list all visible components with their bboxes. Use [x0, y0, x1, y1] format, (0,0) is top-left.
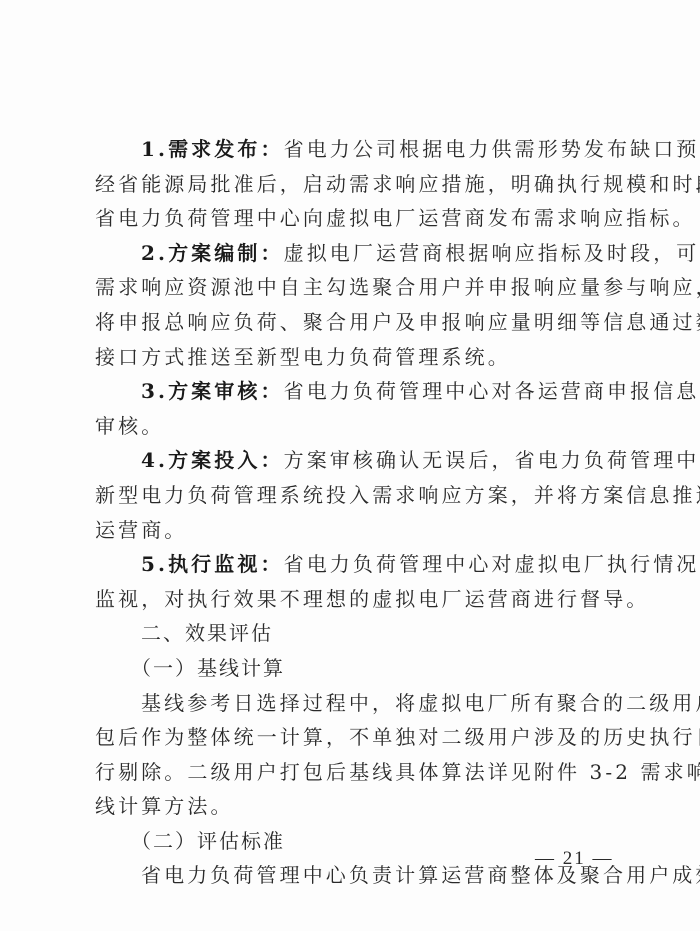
- subsection-2-line-1: 省电力负荷管理中心负责计算运营商整体及聚合用户成效: [95, 858, 607, 893]
- section-heading: 二、效果评估: [95, 616, 607, 651]
- subsection-1-line-4: 线计算方法。: [95, 789, 607, 824]
- subsection-2-title: （二）评估标准: [95, 824, 607, 859]
- subsection-1-line-1: 基线参考日选择过程中，将虚拟电厂所有聚合的二级用户打: [95, 686, 607, 721]
- step-1-line-1: 1.需求发布：省电力公司根据电力供需形势发布缺口预警，: [95, 132, 607, 167]
- step-4-line-1: 4.方案投入：方案审核确认无误后，省电力负荷管理中心在: [95, 443, 607, 478]
- subsection-1-line-3: 行剔除。二级用户打包后基线具体算法详见附件 3-2 需求响应基: [95, 755, 607, 790]
- step-1-line-3: 省电力负荷管理中心向虚拟电厂运营商发布需求响应指标。: [95, 201, 607, 236]
- step-5-line-2: 监视，对执行效果不理想的虚拟电厂运营商进行督导。: [95, 582, 607, 617]
- step-2-line-2: 需求响应资源池中自主勾选聚合用户并申报响应量参与响应，并: [95, 270, 607, 305]
- step-1-line-2: 经省能源局批准后，启动需求响应措施，明确执行规模和时段。: [95, 167, 607, 202]
- step-5-line-1: 5.执行监视：省电力负荷管理中心对虚拟电厂执行情况实时: [95, 547, 607, 582]
- subsection-1-title: （一）基线计算: [95, 651, 607, 686]
- step-4-line-3: 运营商。: [95, 513, 607, 548]
- step-1-label: 1.需求发布：: [141, 137, 284, 161]
- step-3-label: 3.方案审核：: [141, 379, 284, 403]
- step-5-label: 5.执行监视：: [141, 552, 284, 576]
- step-3-line-1: 3.方案审核：省电力负荷管理中心对各运营商申报信息进行: [95, 374, 607, 409]
- document-body: 1.需求发布：省电力公司根据电力供需形势发布缺口预警， 经省能源局批准后，启动需…: [95, 132, 607, 893]
- subsection-1-line-2: 包后作为整体统一计算，不单独对二级用户涉及的历史执行日进: [95, 720, 607, 755]
- page-number: — 21 —: [535, 848, 614, 870]
- step-3-line-2: 审核。: [95, 409, 607, 444]
- step-4-label: 4.方案投入：: [141, 448, 284, 472]
- step-2-line-3: 将申报总响应负荷、聚合用户及申报响应量明细等信息通过数据: [95, 305, 607, 340]
- step-2-label: 2.方案编制：: [141, 241, 284, 265]
- step-2-line-4: 接口方式推送至新型电力负荷管理系统。: [95, 340, 607, 375]
- step-2-line-1: 2.方案编制：虚拟电厂运营商根据响应指标及时段，可在其: [95, 236, 607, 271]
- step-4-line-2: 新型电力负荷管理系统投入需求响应方案，并将方案信息推送至: [95, 478, 607, 513]
